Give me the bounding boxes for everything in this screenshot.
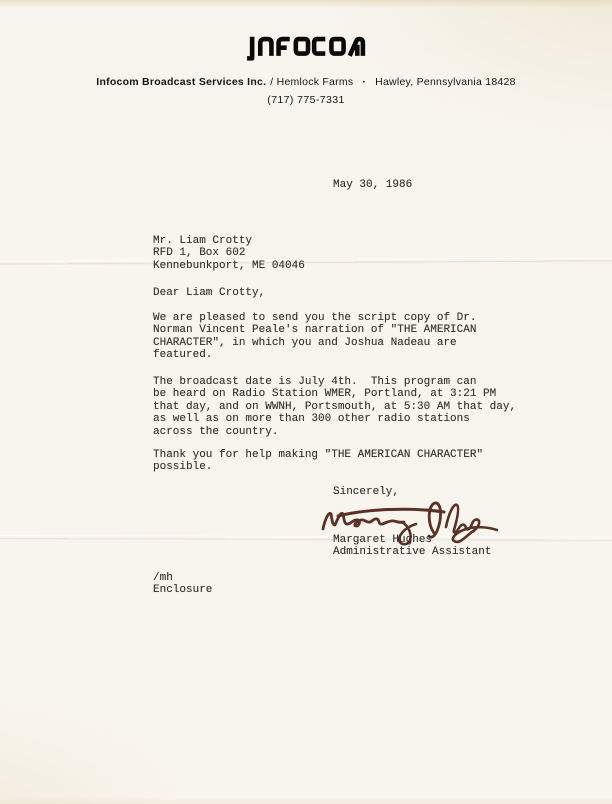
- letter-date: May 30, 1986: [333, 179, 412, 191]
- logo-letter-o1: [296, 39, 308, 53]
- letterhead-separator-dot: ·: [362, 76, 366, 88]
- signature-h-loop: [429, 503, 441, 537]
- letterhead-division: / Hemlock Farms: [270, 76, 353, 88]
- recipient-address: Mr. Liam Crotty RFD 1, Box 602 Kennebunk…: [153, 235, 305, 272]
- reference-initials: /mh: [153, 572, 173, 584]
- logo-letter-n: [260, 39, 271, 56]
- letterhead-location: Hawley, Pennsylvania 18428: [375, 76, 516, 88]
- body-paragraph-3: Thank you for help making "THE AMERICAN …: [153, 449, 483, 474]
- logo-letter-c: [314, 39, 325, 53]
- handwritten-signature: [316, 495, 506, 551]
- logo-letter-o2: [331, 39, 343, 53]
- infocom-logo-text: INFOCOM: [245, 63, 246, 64]
- letterhead-line: Infocom Broadcast Services Inc. / Hemloc…: [0, 76, 612, 88]
- paper-fold-line-lower: [0, 535, 612, 540]
- paper-fold-line-upper: [0, 257, 612, 263]
- scanned-letter-page: INFOCOM Infocom Broadcast Services Inc. …: [0, 0, 612, 804]
- enclosure-note: Enclosure: [153, 584, 212, 596]
- signature-ugh: [446, 505, 466, 533]
- body-paragraph-2: The broadcast date is July 4th. This pro…: [153, 376, 516, 438]
- signature-margaret: [323, 513, 404, 529]
- body-paragraph-1: We are pleased to send you the script co…: [153, 312, 476, 362]
- salutation: Dear Liam Crotty,: [153, 287, 265, 299]
- letterhead-org-name: Infocom Broadcast Services Inc.: [96, 76, 266, 88]
- logo-letter-i: [247, 37, 252, 59]
- letterhead-phone: (717) 775-7331: [0, 94, 612, 106]
- infocom-logo: INFOCOM: [245, 34, 367, 63]
- signature-descender-loop: [399, 522, 416, 544]
- signature-es-tail: [453, 520, 497, 542]
